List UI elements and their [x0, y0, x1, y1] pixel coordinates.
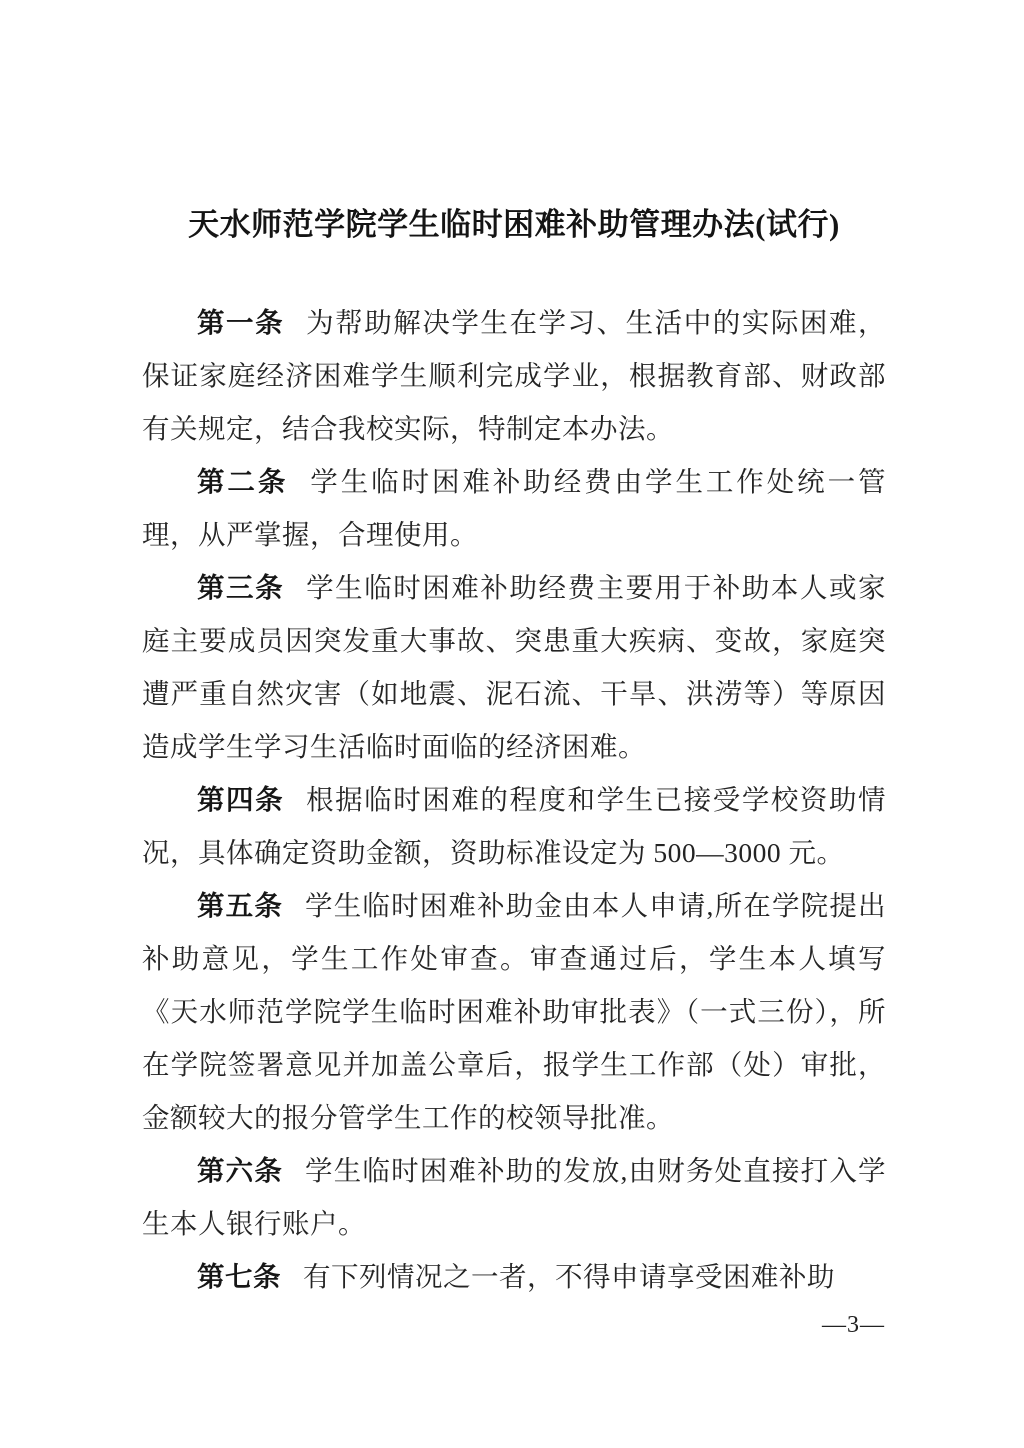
article-number: 第三条 — [197, 572, 284, 603]
article-number: 第五条 — [197, 890, 283, 921]
paragraph-article-5: 第五条学生临时困难补助金由本人申请,所在学院提出补助意见，学生工作处审查。审查通… — [142, 879, 886, 1144]
article-number: 第六条 — [197, 1155, 283, 1186]
paragraph-article-6: 第六条学生临时困难补助的发放,由财务处直接打入学生本人银行账户。 — [142, 1144, 886, 1250]
document-page: 天水师范学院学生临时困难补助管理办法(试行) 第一条为帮助解决学生在学习、生活中… — [0, 0, 1024, 1448]
paragraph-article-3: 第三条学生临时困难补助经费主要用于补助本人或家庭主要成员因突发重大事故、突患重大… — [142, 561, 886, 773]
article-number: 第七条 — [197, 1261, 281, 1292]
page-number: —3— — [822, 1310, 885, 1340]
document-title: 天水师范学院学生临时困难补助管理办法(试行) — [142, 204, 886, 246]
article-number: 第二条 — [197, 466, 288, 497]
document-content: 天水师范学院学生临时困难补助管理办法(试行) 第一条为帮助解决学生在学习、生活中… — [142, 204, 886, 1303]
paragraph-article-1: 第一条为帮助解决学生在学习、生活中的实际困难，保证家庭经济困难学生顺利完成学业，… — [142, 296, 886, 455]
article-number: 第四条 — [197, 784, 284, 815]
article-text: 学生临时困难补助金由本人申请,所在学院提出补助意见，学生工作处审查。审查通过后，… — [142, 890, 886, 1133]
paragraph-article-4: 第四条根据临时困难的程度和学生已接受学校资助情况，具体确定资助金额，资助标准设定… — [142, 773, 886, 879]
article-number: 第一条 — [197, 307, 284, 338]
paragraph-article-2: 第二条学生临时困难补助经费由学生工作处统一管理，从严掌握，合理使用。 — [142, 455, 886, 561]
article-text: 有下列情况之一者，不得申请享受困难补助 — [303, 1261, 835, 1292]
paragraph-article-7: 第七条有下列情况之一者，不得申请享受困难补助 — [142, 1250, 886, 1303]
